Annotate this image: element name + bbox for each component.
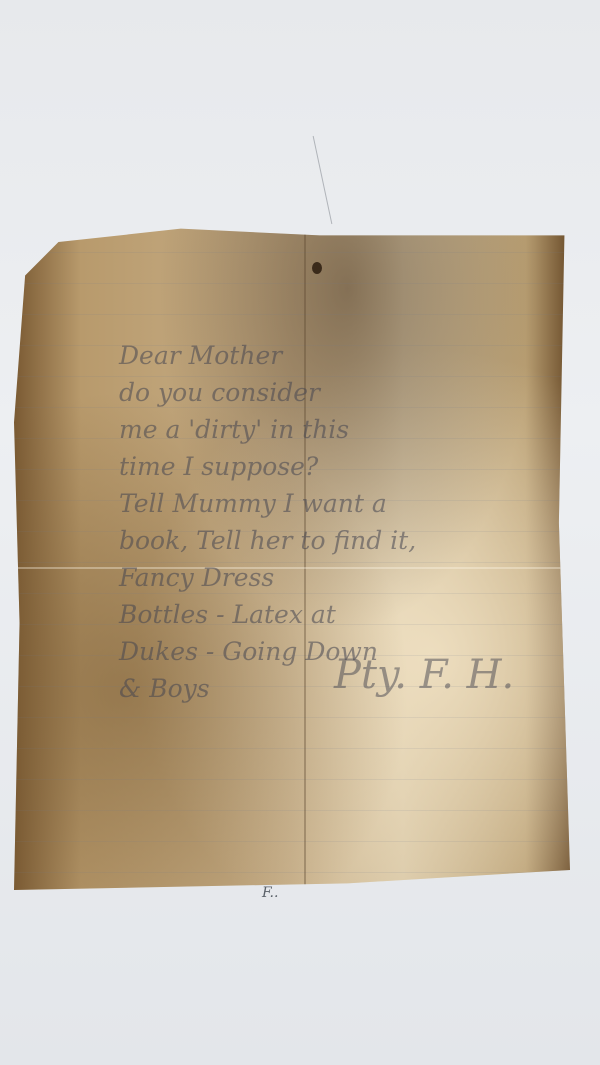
signature: Pty. F. H. — [334, 652, 514, 698]
letter-line: Fancy Dress — [119, 559, 549, 596]
letter-line: Dear Mother — [119, 337, 549, 374]
letter-line: Tell Mummy I want a — [119, 485, 549, 522]
wall-crack — [313, 136, 333, 224]
burned-letter: Dear Mother do you consider me a 'dirty'… — [14, 222, 570, 890]
letter-line: book, Tell her to find it, — [119, 522, 549, 559]
pencil-mark: F.. — [262, 885, 278, 901]
burn-hole — [312, 262, 322, 274]
letter-line: me a 'dirty' in this — [119, 411, 549, 448]
letter-line: do you consider — [119, 374, 549, 411]
letter-line: Bottles - Latex at — [119, 596, 549, 633]
letter-line: time I suppose? — [119, 448, 549, 485]
